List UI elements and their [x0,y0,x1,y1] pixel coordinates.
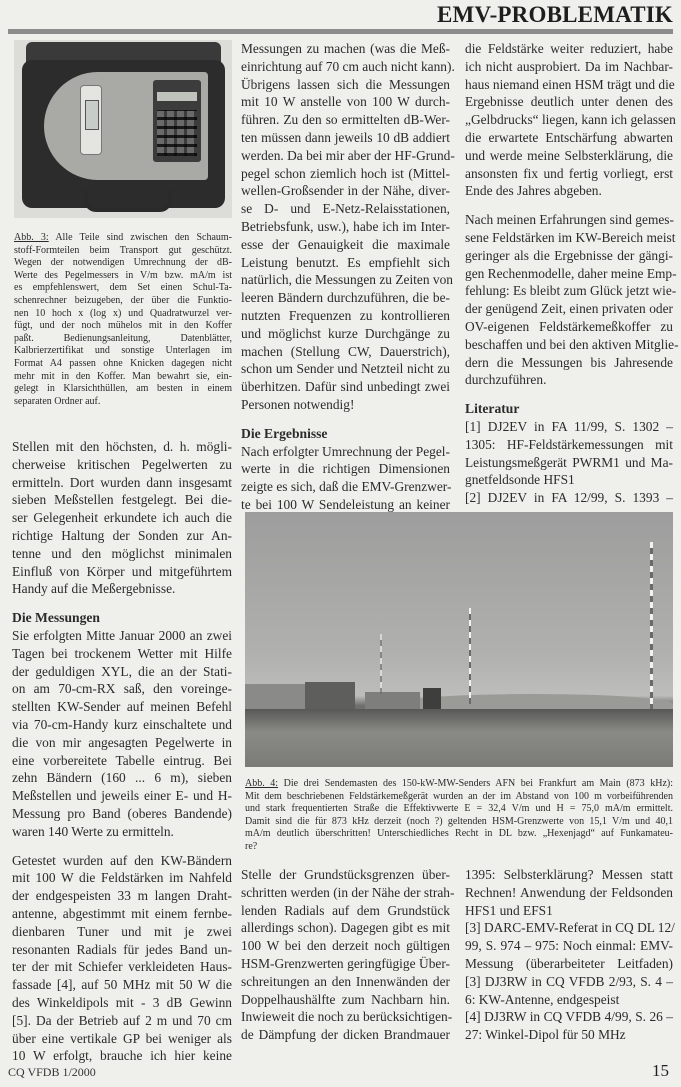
figure-3-photo-measurement-case [14,40,232,218]
paragraph: Nach meinen Erfahrungen sind gemes- sene… [465,211,673,389]
heading-literatur: Literatur [465,400,673,418]
column-3-bottom: 1395: Selbsterklärung? Messen statt Rech… [465,866,673,1044]
field [245,709,673,767]
paragraph: Messungen zu machen (was die Meß- einric… [241,40,450,414]
header-rule [8,29,673,34]
paragraph: Stelle der Grundstücksgrenzen über- schr… [241,866,450,1044]
transmitter-mast [650,542,653,712]
paragraph: Stellen mit den höchsten, d. h. mögli- c… [12,438,232,598]
column-2-bottom: Stelle der Grundstücksgrenzen über- schr… [241,866,450,1044]
paragraph: Getestet wurden auf den KW-Bändern mit 1… [12,852,232,1066]
section-title: EMV-PROBLEMATIK [437,2,673,28]
figure-4-photo-transmitter-masts [245,512,673,767]
publication-footer: CQ VFDB 1/2000 [8,1065,96,1080]
figure-4-label: Abb. 4: [245,778,278,789]
figure-4-caption: Abb. 4: Die drei Sendemasten des 150-kW-… [245,778,673,854]
heading-die-ergebnisse: Die Ergebnisse [241,425,450,443]
building [245,684,305,712]
figure-3-caption: Abb. 3: Alle Teile sind zwischen den Sch… [14,232,232,408]
figure-3-label: Abb. 3: [14,232,49,243]
calculator [153,80,201,162]
heading-die-messungen: Die Messungen [12,609,232,627]
building [305,682,355,712]
paragraph: Sie erfolgten Mitte Januar 2000 an zwei … [12,627,232,841]
reference-list: 1395: Selbsterklärung? Messen statt Rech… [465,866,673,1044]
transmitter-mast [469,608,471,704]
column-2-top: Messungen zu machen (was die Meß- einric… [241,40,450,514]
column-1: Stellen mit den höchsten, d. h. mögli- c… [12,438,232,1065]
field-meter [80,85,102,155]
page-number: 15 [652,1061,669,1081]
paragraph: Nach erfolgter Umrechnung der Pegel- wer… [241,443,450,514]
transmitter-mast [380,634,382,694]
column-3-top: die Feldstärke weiter reduziert, habe ic… [465,40,673,507]
paragraph: die Feldstärke weiter reduziert, habe ic… [465,40,673,200]
reference-list: [1] DJ2EV in FA 11/99, S. 1302 – 1305: H… [465,418,673,507]
case-handle [84,190,172,212]
